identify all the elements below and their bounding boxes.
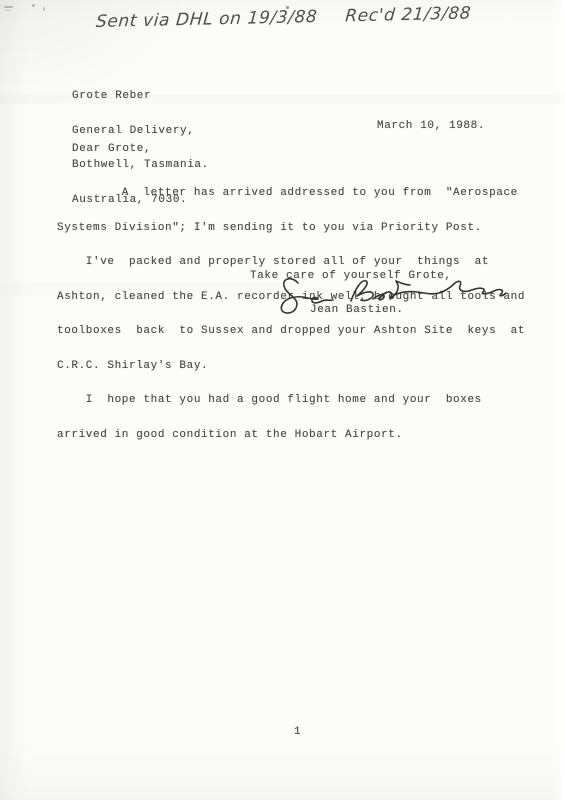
address-line: Grote Reber: [72, 91, 209, 103]
pencil-mark: [32, 4, 35, 7]
pencil-mark: [4, 6, 13, 8]
pencil-mark: [43, 7, 45, 11]
body-line: A letter has arrived addressed to you fr…: [57, 188, 525, 200]
body-line: I've packed and properly stored all of y…: [57, 257, 525, 269]
address-line: General Delivery,: [72, 126, 209, 138]
salutation: Dear Grote,: [72, 144, 151, 156]
received-date-note: Rec'd 21/3/88: [344, 3, 471, 26]
body-line: I hope that you had a good flight home a…: [57, 395, 525, 407]
note-gap: [317, 21, 345, 22]
body-line: toolboxes back to Sussex and dropped you…: [57, 326, 525, 338]
pencil-mark: [5, 10, 11, 11]
body-line: C.R.C. Shirlay's Bay.: [57, 361, 525, 373]
sent-via-dhl-note: Sent via DHL on 19/3/88: [95, 7, 318, 32]
signature-typed-name: Jean Bastien.: [310, 305, 404, 317]
body-line: Systems Division"; I'm sending it to you…: [57, 223, 525, 235]
scanned-letter-page: Sent via DHL on 19/3/88Rec'd 21/3/88 Gro…: [0, 0, 565, 800]
body-line: arrived in good condition at the Hobart …: [57, 430, 525, 442]
handwritten-shipping-note: Sent via DHL on 19/3/88Rec'd 21/3/88: [95, 3, 472, 32]
letter-date: March 10, 1988.: [377, 121, 485, 133]
page-number: 1: [294, 727, 301, 739]
